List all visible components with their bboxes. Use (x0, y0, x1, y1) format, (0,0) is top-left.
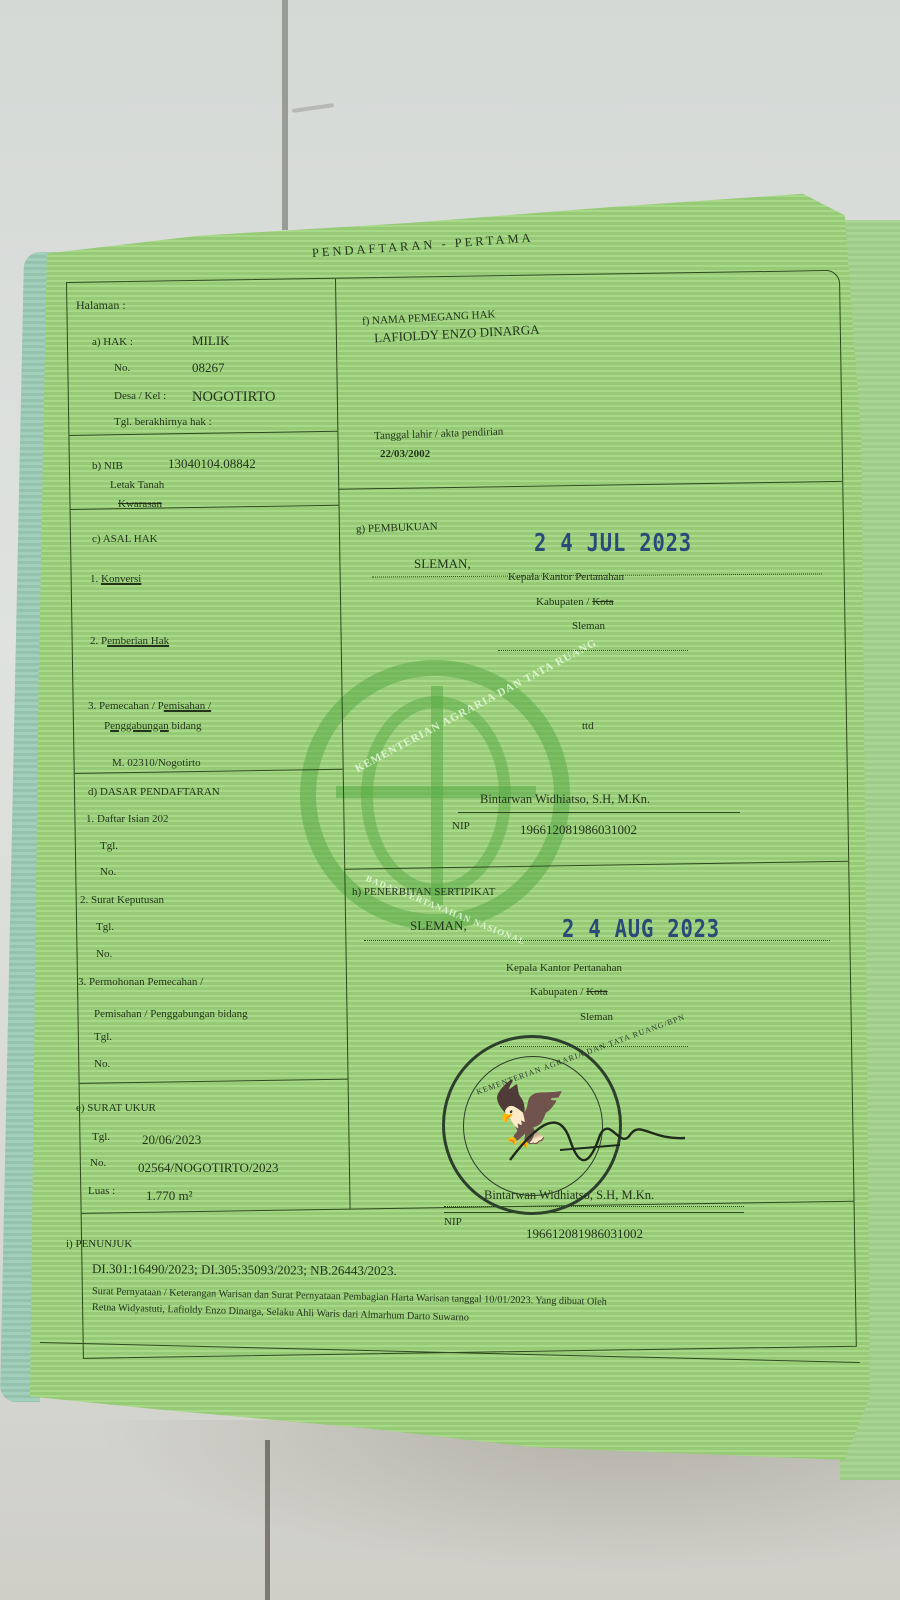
luas-label: Luas : (88, 1185, 115, 1197)
desa-label: Desa / Kel : (114, 390, 166, 402)
pembukuan-official-name: Bintarwan Widhiatso, S.H, M.Kn. (480, 792, 650, 807)
dasar-item-2-no: No. (96, 948, 112, 960)
pembukuan-place: SLEMAN, (414, 556, 471, 572)
section-c-label: c) ASAL HAK (92, 533, 158, 545)
surat-ukur-number: 02564/NOGOTIRTO/2023 (138, 1160, 279, 1176)
section-a-label: a) HAK : (92, 336, 133, 348)
asal-hak-item-3: 3. Pemecahan / Pemisahan / (88, 700, 211, 712)
penerbitan-date-stamp: 2 4 AUG 2023 (562, 914, 720, 943)
expiry-label: Tgl. berakhirnya hak : (114, 416, 212, 428)
dasar-item-3b: Pemisahan / Penggabungan bidang (94, 1008, 248, 1020)
penerbitan-nip: 196612081986031002 (526, 1226, 643, 1242)
penerbitan-office-2: Kabupaten / Kota (530, 986, 608, 998)
wall-tile-seam (282, 0, 288, 230)
surat-ukur-no-label: No. (90, 1157, 106, 1169)
hak-number: 08267 (192, 360, 225, 376)
pembukuan-nip-label: NIP (452, 820, 470, 832)
section-b-label: b) NIB (92, 460, 123, 472)
penerbitan-office-3: Sleman (580, 1011, 613, 1023)
dasar-item-3-tgl: Tgl. (94, 1031, 112, 1043)
penerbitan-nip-label: NIP (444, 1216, 462, 1228)
pembukuan-office-3: Sleman (572, 620, 605, 632)
surat-ukur-tgl-label: Tgl. (92, 1131, 110, 1143)
nib-value: 13040104.08842 (168, 456, 256, 472)
penunjuk-references: DI.301:16490/2023; DI.305:35093/2023; NB… (92, 1261, 397, 1279)
penerbitan-official-name: Bintarwan Widhiatso, S.H, M.Kn. (484, 1188, 654, 1203)
asal-hak-item-1: 1. Konversi (90, 573, 141, 585)
penerbitan-place: SLEMAN, (410, 918, 467, 934)
dasar-item-2: 2. Surat Keputusan (80, 894, 164, 906)
asal-hak-item-3b: Penggabungan bidang (104, 720, 201, 732)
dasar-item-1-no: No. (100, 866, 116, 878)
section-d-label: d) DASAR PENDAFTARAN (88, 786, 220, 798)
dasar-item-3-no: No. (94, 1058, 110, 1070)
letak-value: Kwarasan (118, 498, 162, 510)
pembukuan-office-2: Kabupaten / Kota (536, 596, 614, 608)
letak-label: Letak Tanah (110, 479, 164, 491)
dasar-item-2-tgl: Tgl. (96, 921, 114, 933)
desa-value: NOGOTIRTO (192, 389, 275, 406)
penerbitan-office-1: Kepala Kantor Pertanahan (506, 962, 622, 974)
pembukuan-date-stamp: 2 4 JUL 2023 (534, 528, 692, 557)
asal-hak-value: M. 02310/Nogotirto (112, 757, 201, 769)
pembukuan-office-1: Kepala Kantor Pertanahan (508, 571, 624, 583)
birth-date: 22/03/2002 (380, 448, 430, 460)
wall-crack (292, 103, 334, 113)
surat-ukur-date: 20/06/2023 (142, 1132, 201, 1148)
pembukuan-nip: 196612081986031002 (520, 822, 637, 838)
section-e-label: e) SURAT UKUR (76, 1102, 156, 1114)
hak-value: MILIK (192, 333, 230, 349)
section-h-label: h) PENERBITAN SERTIPIKAT (352, 886, 495, 898)
pembukuan-ttd: ttd (582, 720, 594, 732)
asal-hak-item-2: 2. Pemberian Hak (90, 635, 169, 647)
section-i-label: i) PENUNJUK (66, 1238, 132, 1250)
dasar-item-1: 1. Daftar Isian 202 (86, 813, 168, 825)
dasar-item-1-tgl: Tgl. (100, 840, 118, 852)
dasar-item-3: 3. Permohonan Pemecahan / (78, 976, 203, 988)
luas-value: 1.770 m² (146, 1188, 193, 1204)
no-label: No. (114, 362, 130, 374)
handwritten-signature (500, 1110, 690, 1170)
